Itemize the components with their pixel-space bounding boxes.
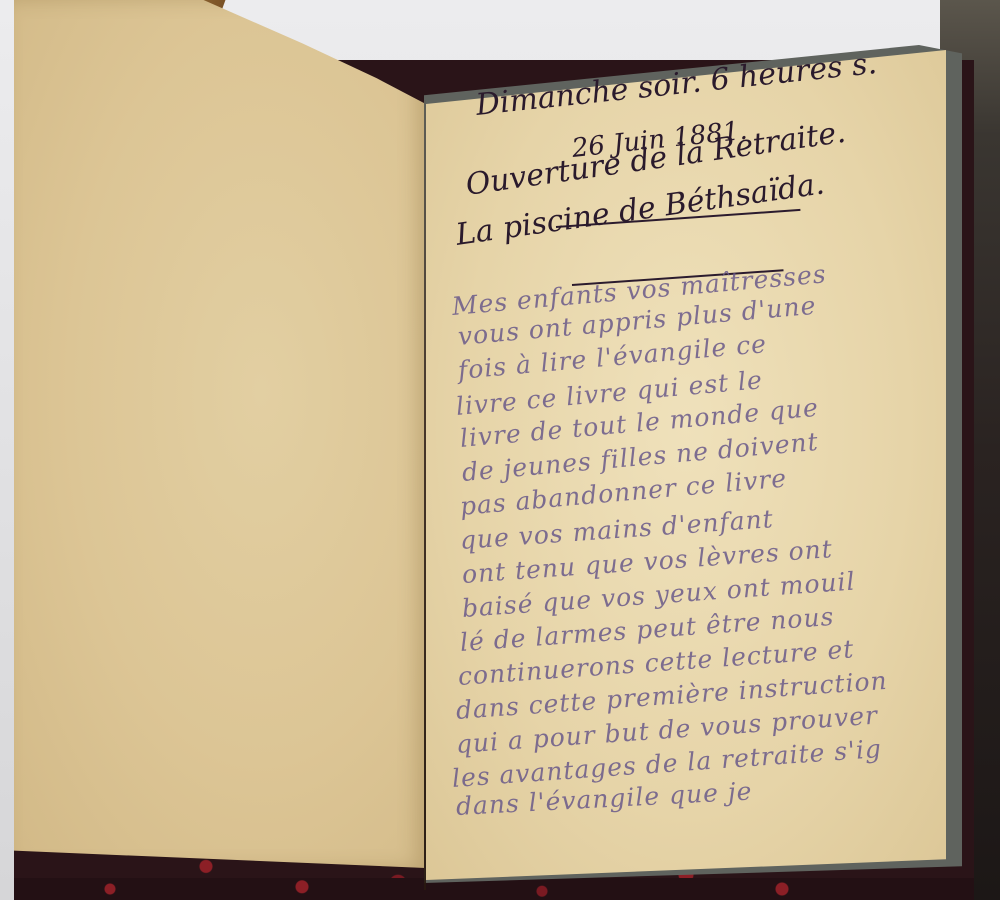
marbled-cover-edge	[14, 878, 974, 900]
left-page-blank	[14, 0, 426, 868]
notebook-gutter	[424, 100, 426, 890]
